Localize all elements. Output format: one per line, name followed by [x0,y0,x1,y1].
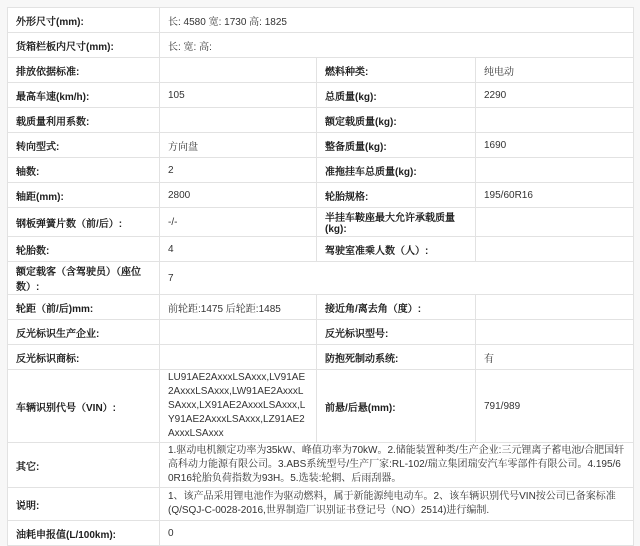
spec-label: 反光标识商标: [8,345,160,370]
spec-label: 最高车速(km/h): [8,83,160,108]
table-row-steering-curbweight: 转向型式: 方向盘 整备质量(kg): 1690 [8,133,634,158]
spec-label: 外形尺寸(mm): [8,8,160,33]
table-row-wheelbase-tirespec: 轴距(mm): 2800 轮胎规格: 195/60R16 [8,183,634,208]
table-row-maxspeed-totalmass: 最高车速(km/h): 105 总质量(kg): 2290 [8,83,634,108]
spec-value [476,158,634,183]
spec-value: 7 [160,262,634,295]
spec-label: 总质量(kg): [317,83,476,108]
spec-value [160,108,317,133]
spec-label: 转向型式: [8,133,160,158]
spec-value: 2 [160,158,317,183]
table-row-loadfactor-ratedload: 载质量利用系数: 额定载质量(kg): [8,108,634,133]
spec-value: 2800 [160,183,317,208]
spec-value [160,320,317,345]
spec-label: 排放依据标准: [8,58,160,83]
table-row-notes: 说明: 1、该产品采用锂电池作为驱动燃料，属于新能源纯电动车。2、该车辆识别代号… [8,488,634,521]
spec-value: 长: 4580 宽: 1730 高: 1825 [160,8,634,33]
spec-value [476,208,634,237]
spec-value [160,345,317,370]
table-row-exterior-dimensions: 外形尺寸(mm): 长: 4580 宽: 1730 高: 1825 [8,8,634,33]
spec-value [476,295,634,320]
spec-label: 半挂车鞍座最大允许承载质量(kg): [317,208,476,237]
table-row-reflector-brand-abs: 反光标识商标: 防抱死制动系统: 有 [8,345,634,370]
spec-label: 轮距（前/后)mm: [8,295,160,320]
spec-label: 车辆识别代号（VIN）: [8,370,160,443]
table-row-emission-fuel: 排放依据标准: 燃料种类: 纯电动 [8,58,634,83]
table-row-track-approachangle: 轮距（前/后)mm: 前轮距:1475 后轮距:1485 接近角/离去角（度）: [8,295,634,320]
table-row-cargo-box-dimensions: 货箱栏板内尺寸(mm): 长: 宽: 高: [8,33,634,58]
spec-label: 轴距(mm): [8,183,160,208]
spec-label: 油耗申报值(L/100km): [8,521,160,546]
spec-label: 其它: [8,443,160,488]
spec-value: 有 [476,345,634,370]
spec-value: 长: 宽: 高: [160,33,634,58]
spec-value: 纯电动 [476,58,634,83]
table-row-axles-trailermass: 轴数: 2 准拖挂车总质量(kg): [8,158,634,183]
spec-value: 2290 [476,83,634,108]
spec-value: 1.驱动电机额定功率为35kW、峰值功率为70kW。2.储能装置种类/生产企业:… [160,443,634,488]
spec-label: 驾驶室准乘人数（人）: [317,237,476,262]
spec-label: 载质量利用系数: [8,108,160,133]
spec-label: 说明: [8,488,160,521]
spec-value: 前轮距:1475 后轮距:1485 [160,295,317,320]
spec-label: 轴数: [8,158,160,183]
spec-value: 1690 [476,133,634,158]
table-row-reflector-manufacturer-model: 反光标识生产企业: 反光标识型号: [8,320,634,345]
spec-label: 钢板弹簧片数（前/后）: [8,208,160,237]
spec-label: 防抱死制动系统: [317,345,476,370]
spec-value: 方向盘 [160,133,317,158]
table-row-vin-overhang: 车辆识别代号（VIN）: LU91AE2AxxxLSAxxx,LV91AE2Ax… [8,370,634,443]
spec-label: 轮胎数: [8,237,160,262]
spec-value: 0 [160,521,634,546]
spec-label: 反光标识生产企业: [8,320,160,345]
spec-value: 791/989 [476,370,634,443]
spec-value: 105 [160,83,317,108]
spec-value [160,58,317,83]
spec-value [476,108,634,133]
table-row-tirecount-cabseats: 轮胎数: 4 驾驶室准乘人数（人）: [8,237,634,262]
spec-label: 反光标识型号: [317,320,476,345]
table-row-rated-passengers: 额定载客（含驾驶员）（座位数）: 7 [8,262,634,295]
table-row-fuel-consumption: 油耗申报值(L/100km): 0 [8,521,634,546]
spec-value [476,320,634,345]
spec-label: 额定载客（含驾驶员）（座位数）: [8,262,160,295]
spec-label: 前悬/后悬(mm): [317,370,476,443]
table-row-other: 其它: 1.驱动电机额定功率为35kW、峰值功率为70kW。2.储能装置种类/生… [8,443,634,488]
table-row-springs-saddleload: 钢板弹簧片数（前/后）: -/- 半挂车鞍座最大允许承载质量(kg): [8,208,634,237]
spec-label: 额定载质量(kg): [317,108,476,133]
spec-label: 货箱栏板内尺寸(mm): [8,33,160,58]
spec-label: 接近角/离去角（度）: [317,295,476,320]
spec-value-vin: LU91AE2AxxxLSAxxx,LV91AE2AxxxLSAxxx,LW91… [160,370,317,443]
spec-value: 195/60R16 [476,183,634,208]
spec-value: -/- [160,208,317,237]
spec-value: 1、该产品采用锂电池作为驱动燃料，属于新能源纯电动车。2、该车辆识别代号VIN按… [160,488,634,521]
spec-value [476,237,634,262]
vehicle-spec-table: 外形尺寸(mm): 长: 4580 宽: 1730 高: 1825 货箱栏板内尺… [7,7,634,546]
spec-value: 4 [160,237,317,262]
spec-label: 整备质量(kg): [317,133,476,158]
spec-label: 燃料种类: [317,58,476,83]
spec-label: 准拖挂车总质量(kg): [317,158,476,183]
spec-label: 轮胎规格: [317,183,476,208]
